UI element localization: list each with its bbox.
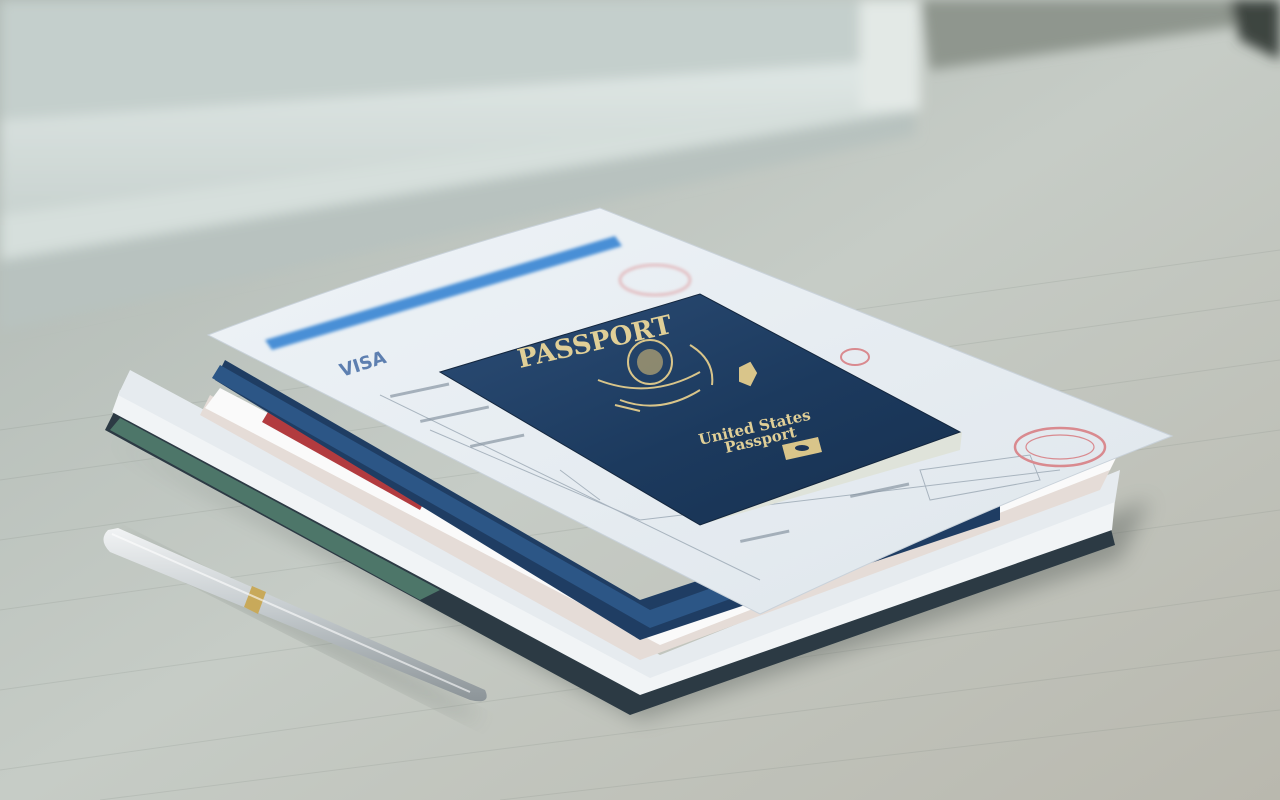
photo-scene: VISA PASSPORT United States Passport <box>0 0 1280 800</box>
scene-illustration: VISA PASSPORT United States Passport <box>0 0 1280 800</box>
